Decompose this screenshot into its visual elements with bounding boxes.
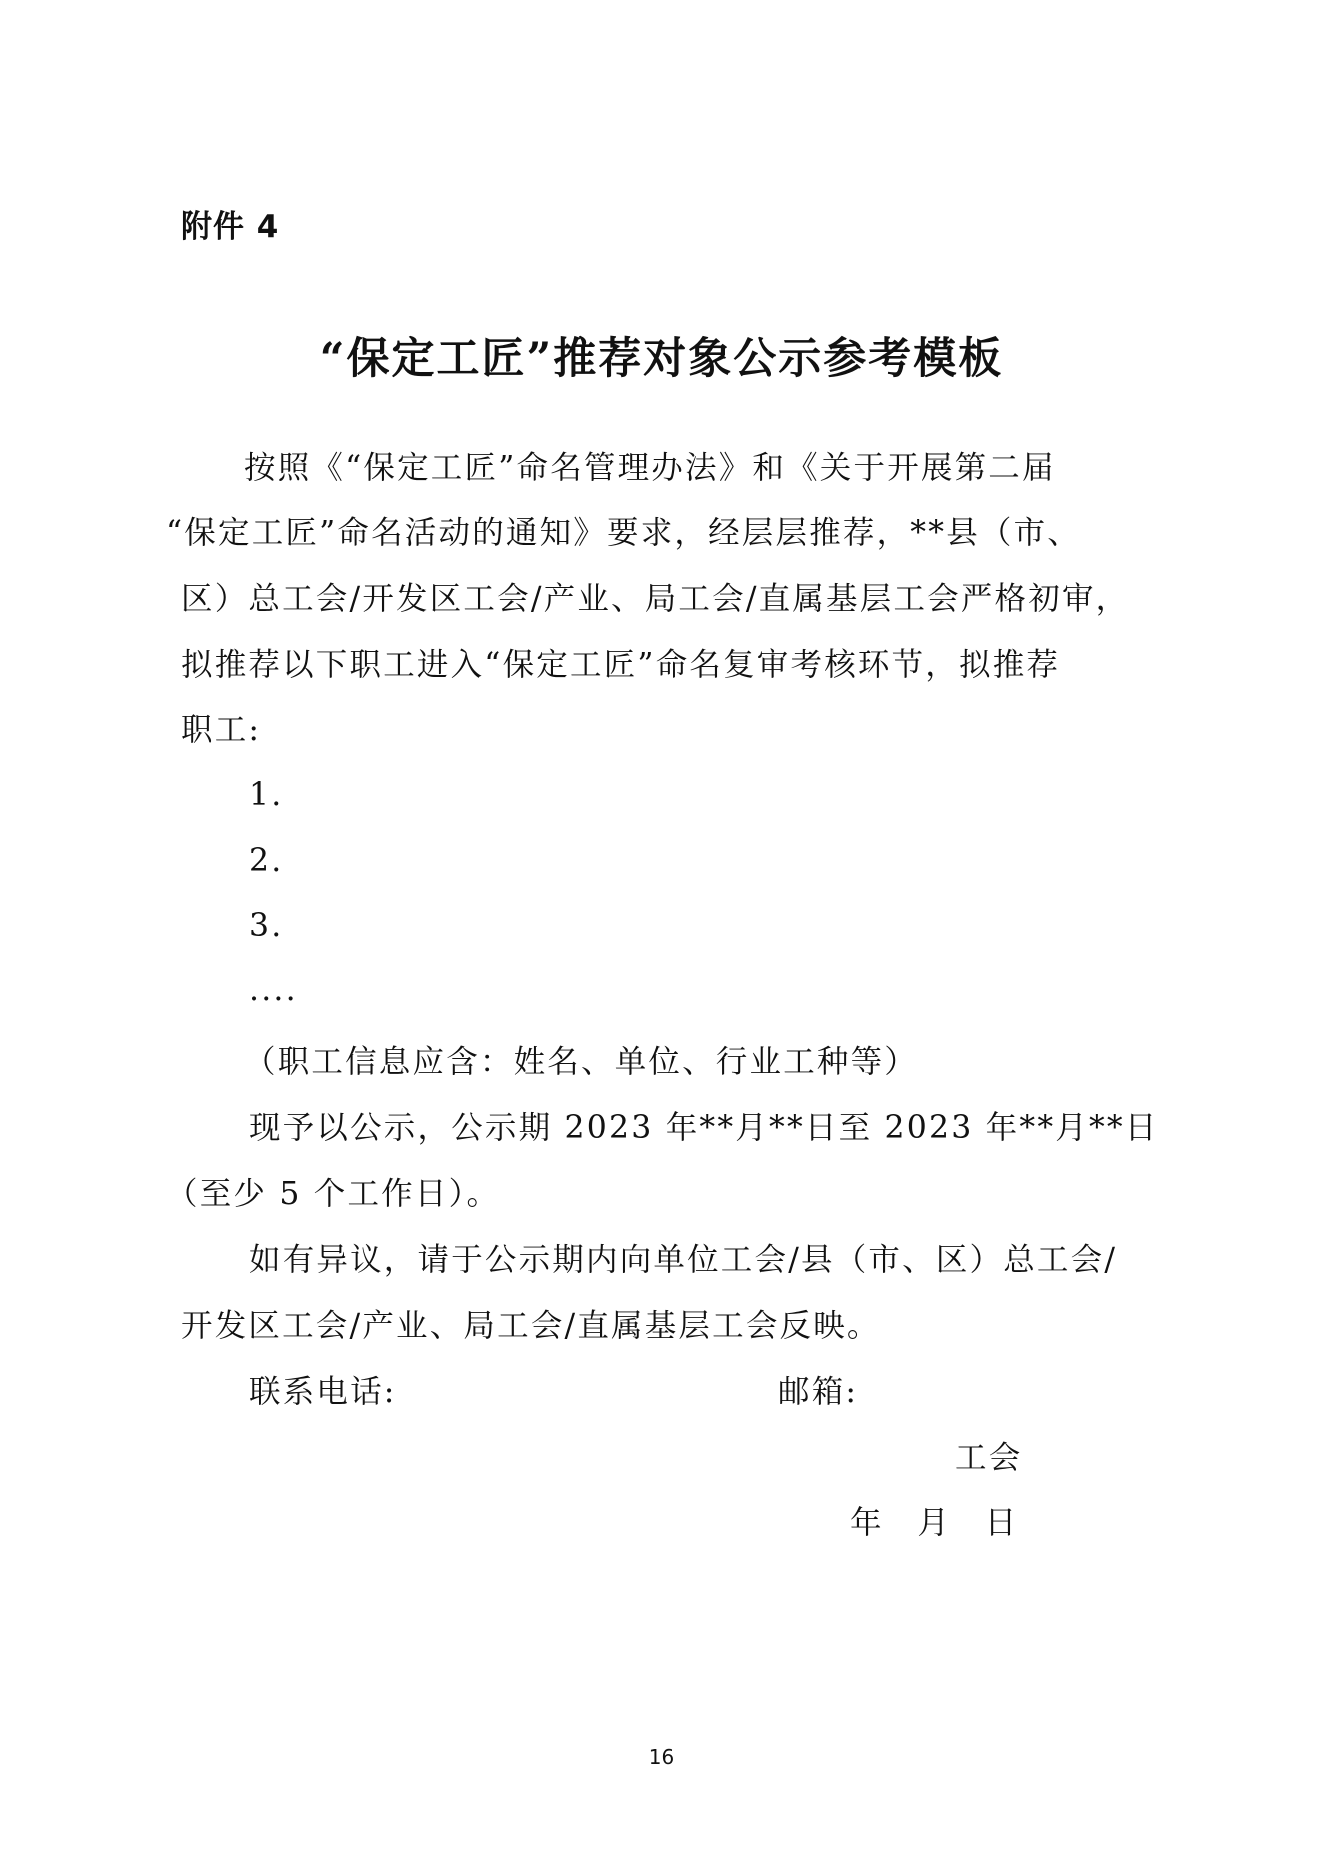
list-item: 3. — [249, 906, 283, 946]
info-note: （职工信息应含：姓名、单位、行业工种等） — [244, 1042, 918, 1082]
intro-line: 拟推荐以下职工进入“保定工匠”命名复审考核环节，拟推荐 — [181, 645, 1060, 685]
publicity-line: （至少 5 个工作日）。 — [166, 1174, 500, 1214]
page-number: 16 — [0, 1745, 1323, 1769]
attachment-label: 附件 4 — [181, 201, 279, 246]
email-label: 邮箱: — [778, 1372, 858, 1412]
signature-date: 年 月 日 — [850, 1503, 1019, 1543]
publicity-line: 现予以公示，公示期 2023 年**月**日至 2023 年**月**日 — [249, 1108, 1159, 1148]
intro-line: 区）总工会/开发区工会/产业、局工会/直属基层工会严格初审， — [181, 579, 1129, 619]
intro-line: “保定工匠”命名活动的通知》要求，经层层推荐，**县（市、 — [166, 513, 1081, 553]
list-item: 1. — [249, 775, 283, 815]
list-item: .... — [249, 970, 298, 1010]
document-title: “保定工匠”推荐对象公示参考模板 — [0, 325, 1323, 386]
objection-line: 如有异议，请于公示期内向单位工会/县（市、区）总工会/ — [249, 1240, 1117, 1280]
list-item: 2. — [249, 841, 283, 881]
intro-line: 按照《“保定工匠”命名管理办法》和《关于开展第二届 — [244, 448, 1056, 488]
signature-organization: 工会 — [955, 1438, 1022, 1478]
phone-label: 联系电话: — [249, 1372, 397, 1412]
intro-line: 职工: — [181, 710, 261, 750]
objection-line: 开发区工会/产业、局工会/直属基层工会反映。 — [181, 1306, 881, 1346]
